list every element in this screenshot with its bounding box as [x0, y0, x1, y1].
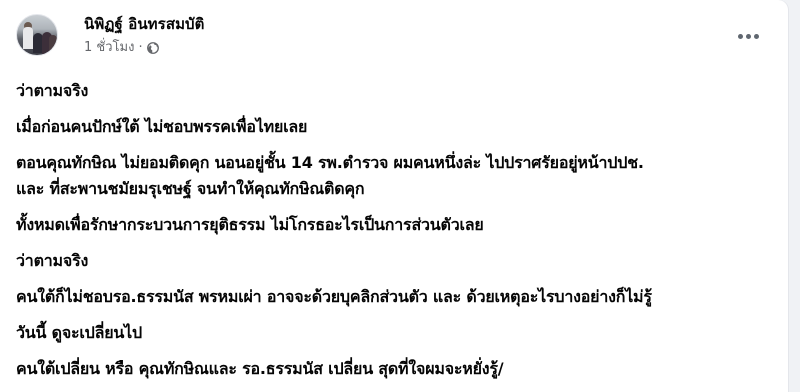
author-avatar[interactable] [16, 14, 58, 56]
post-paragraph: ว่าตามจริง [16, 248, 776, 274]
paragraph-line: วันนี้ ดูจะเปลี่ยนไป [16, 320, 776, 346]
post-header: นิพิฏฐ์ อินทรสมบัติ 1 ชั่วโมง · [16, 12, 205, 58]
post-subline: 1 ชั่วโมง · [84, 40, 205, 56]
author-name-link[interactable]: นิพิฏฐ์ อินทรสมบัติ [84, 14, 205, 34]
post-paragraph: วันนี้ ดูจะเปลี่ยนไป [16, 320, 776, 346]
post-meta: นิพิฏฐ์ อินทรสมบัติ 1 ชั่วโมง · [84, 14, 205, 56]
more-options-button[interactable] [730, 22, 766, 50]
separator-dot: · [138, 40, 142, 56]
paragraph-line: ว่าตามจริง [16, 78, 776, 104]
paragraph-line: ทั้งหมดเพื่อรักษากระบวนการยุติธรรม ไม่โก… [16, 212, 776, 238]
avatar-figure [49, 35, 57, 55]
paragraph-line: เมื่อก่อนคนปักษ์ใต้ ไม่ชอบพรรคเพื่อไทยเล… [16, 114, 776, 140]
post-text: ว่าตามจริง เมื่อก่อนคนปักษ์ใต้ ไม่ชอบพรร… [16, 78, 776, 392]
post-paragraph: คนใต้เปลี่ยน หรือ คุณทักษิณและ รอ.ธรรมนั… [16, 356, 776, 382]
more-options-icon [746, 34, 751, 39]
globe-icon[interactable] [147, 42, 159, 54]
paragraph-line: ว่าตามจริง [16, 248, 776, 274]
post-paragraph: ทั้งหมดเพื่อรักษากระบวนการยุติธรรม ไม่โก… [16, 212, 776, 238]
paragraph-line: คนใต้ก็ไม่ชอบรอ.ธรรมนัส พรหมเผ่า อาจจะด้… [16, 284, 776, 310]
post-paragraph: ว่าตามจริง [16, 78, 776, 104]
post-paragraph: เมื่อก่อนคนปักษ์ใต้ ไม่ชอบพรรคเพื่อไทยเล… [16, 114, 776, 140]
more-options-icon [754, 34, 759, 39]
post-timestamp[interactable]: 1 ชั่วโมง [84, 40, 134, 56]
post-paragraph: ตอนคุณทักษิณ ไม่ยอมติดคุก นอนอยู่ชั้น 14… [16, 150, 776, 202]
paragraph-line: และ ที่สะพานชมัยมรุเชษฐ์ จนทำให้คุณทักษิ… [16, 176, 776, 202]
more-options-icon [738, 34, 743, 39]
avatar-figure [23, 27, 33, 49]
post-paragraph: คนใต้ก็ไม่ชอบรอ.ธรรมนัส พรหมเผ่า อาจจะด้… [16, 284, 776, 310]
paragraph-line: คนใต้เปลี่ยน หรือ คุณทักษิณและ รอ.ธรรมนั… [16, 356, 776, 382]
paragraph-line: ตอนคุณทักษิณ ไม่ยอมติดคุก นอนอยู่ชั้น 14… [16, 150, 776, 176]
post-card: นิพิฏฐ์ อินทรสมบัติ 1 ชั่วโมง · ว่าตามจร… [0, 0, 788, 392]
